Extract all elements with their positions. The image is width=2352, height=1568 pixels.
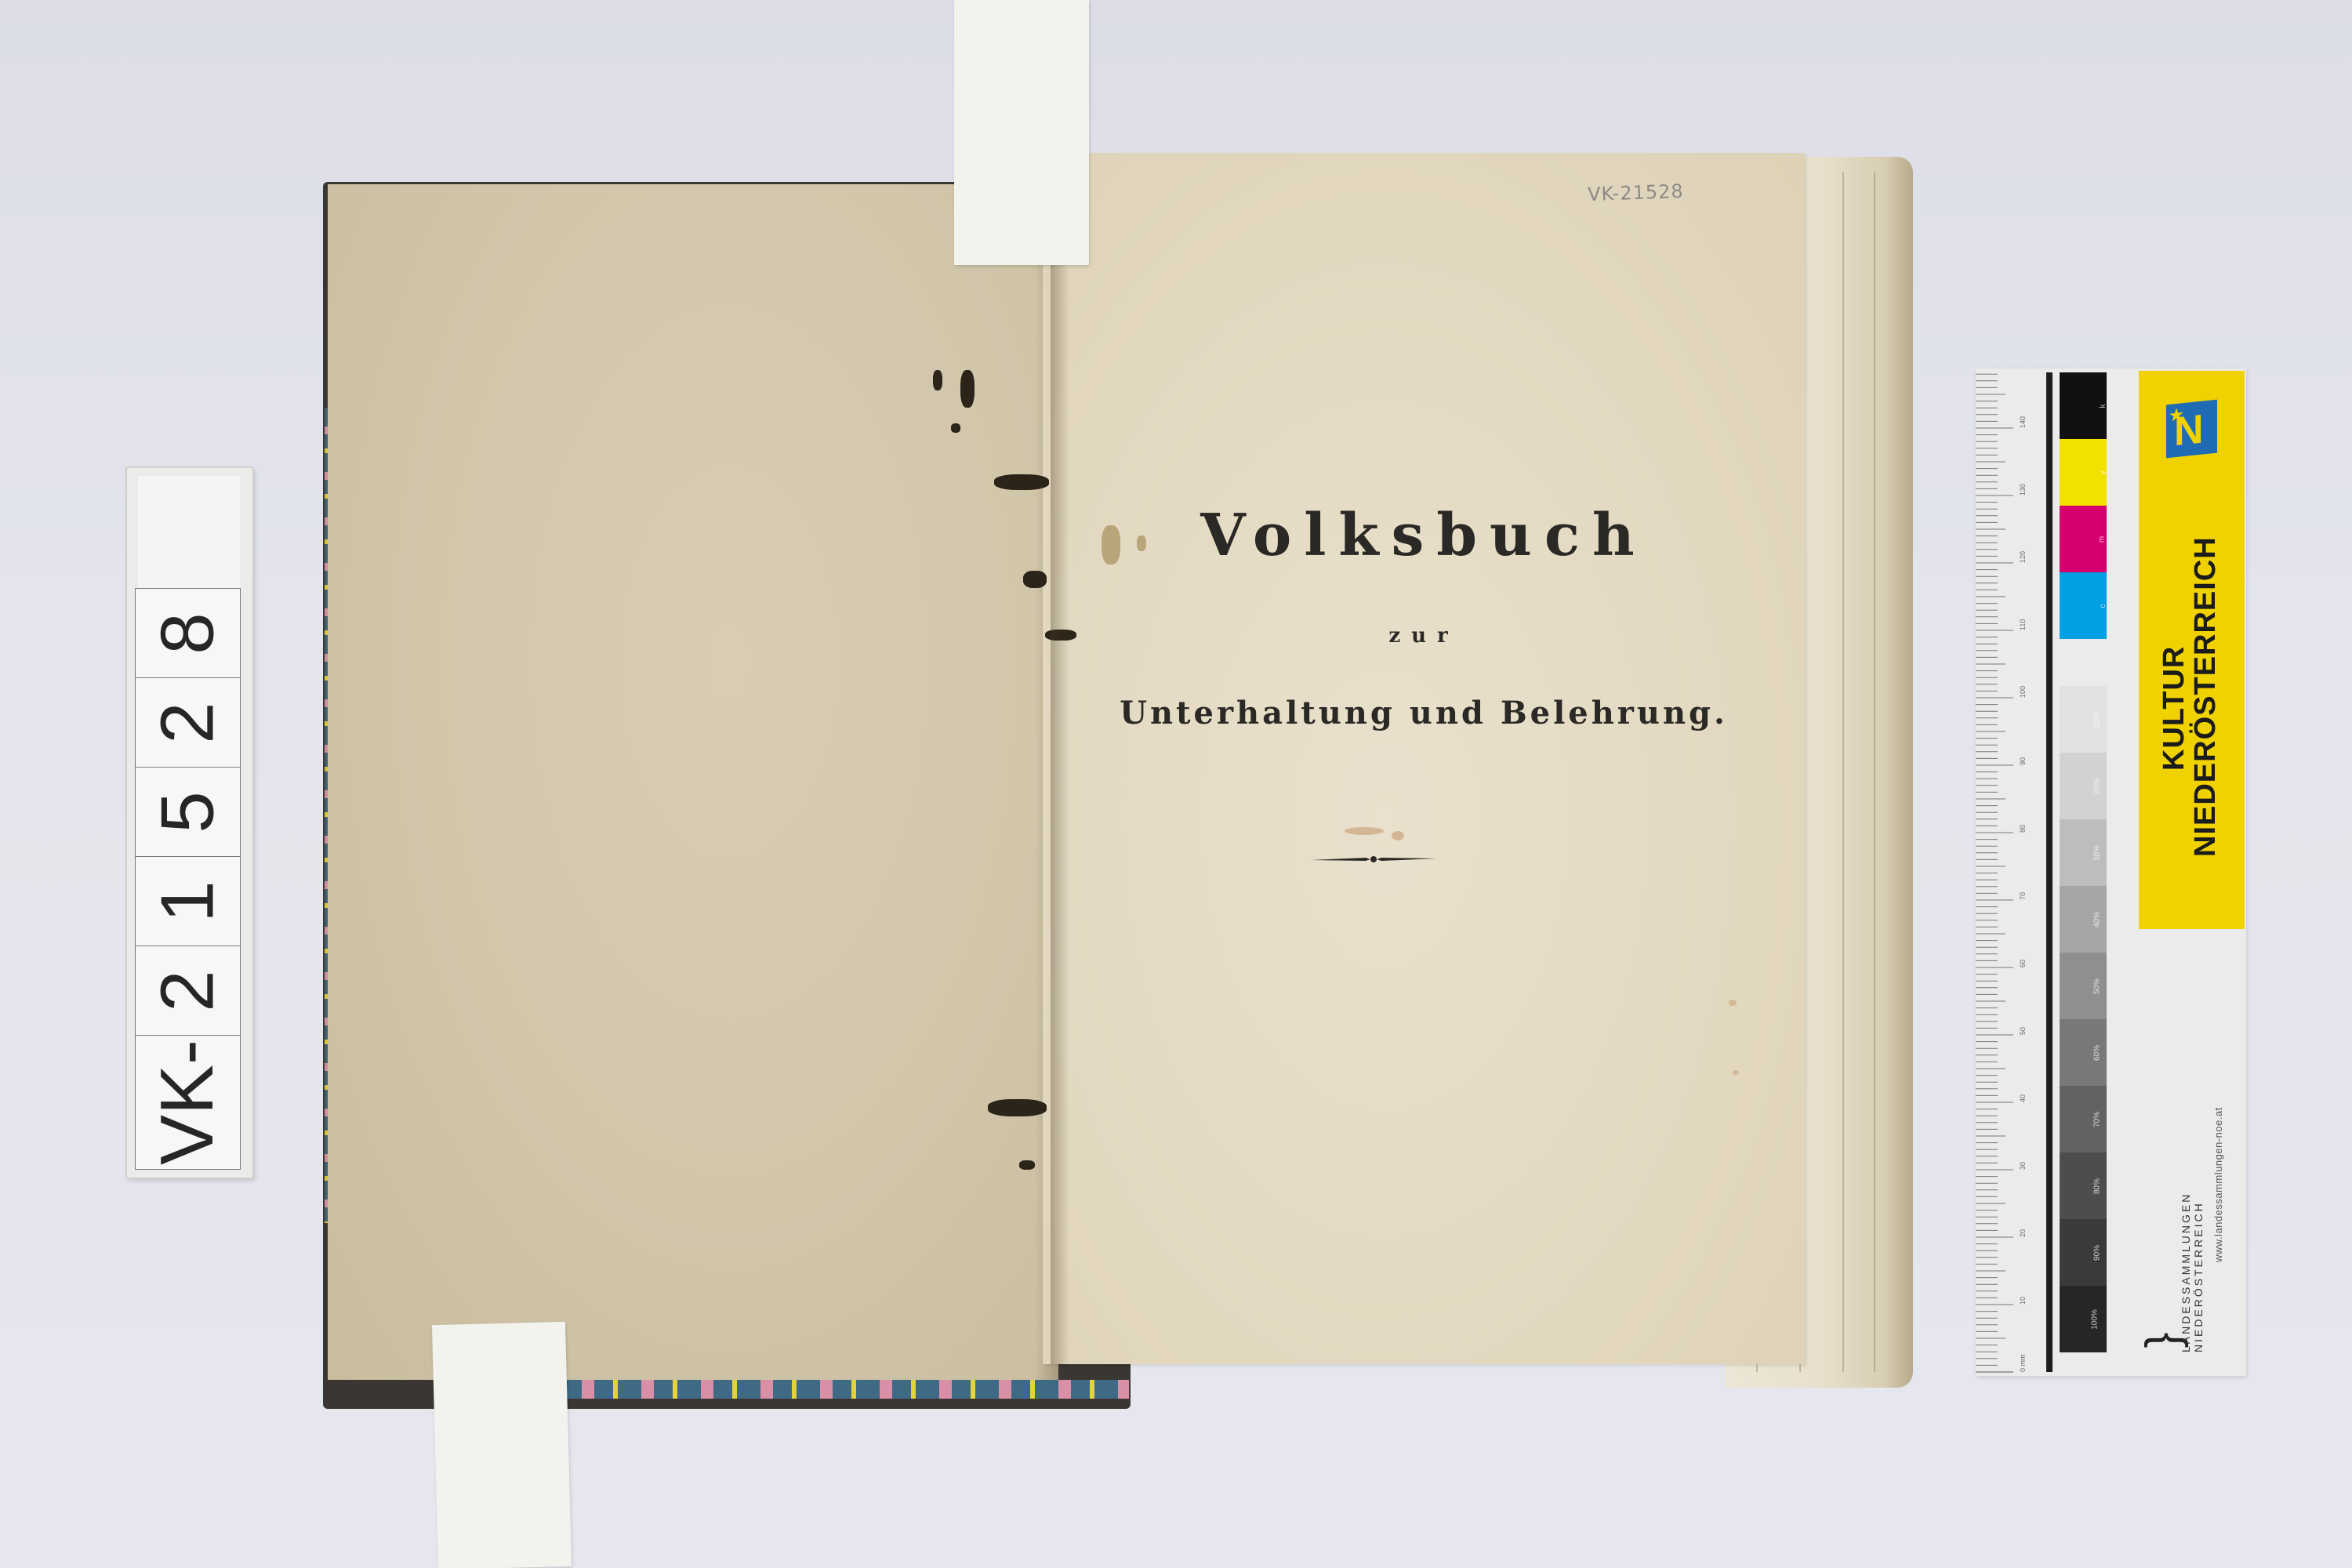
black-reference-bar <box>2046 372 2053 1372</box>
wormhole <box>960 370 975 408</box>
book-title: Volksbuch <box>1043 502 1805 569</box>
wormhole <box>933 370 942 390</box>
patch-yellow: y <box>2060 439 2107 506</box>
patch-gray-30: 30% <box>2060 819 2107 886</box>
patch-gray-40: 40% <box>2060 886 2107 953</box>
gutter-shadow <box>1051 153 1069 1364</box>
label-cell-digit: 1 <box>135 856 241 946</box>
color-scale-reference-card: 0 mm 10 20 30 40 50 60 70 80 90 100 110 … <box>1976 368 2246 1376</box>
wormhole <box>988 1099 1047 1116</box>
noe-logo-icon: ★ N <box>2166 400 2217 459</box>
wormhole <box>994 474 1049 490</box>
brand-text: KULTUR NIEDERÖSTERREICH <box>2158 536 2221 857</box>
left-endpaper <box>328 184 1058 1380</box>
patch-gray-80: 80% <box>2060 1152 2107 1219</box>
label-cell-digit: 2 <box>135 946 241 1036</box>
wormhole <box>951 423 960 433</box>
brand-box: ★ N KULTUR NIEDERÖSTERREICH <box>2139 371 2245 929</box>
ruler-labels: 0 mm 10 20 30 40 50 60 70 80 90 100 110 … <box>2019 368 2042 1376</box>
patch-gray-10: 10% <box>2060 686 2107 753</box>
patch-magenta: m <box>2060 506 2107 572</box>
patch-cyan: c <box>2060 572 2107 639</box>
patch-gray-90: 90% <box>2060 1219 2107 1286</box>
patch-black: k <box>2060 372 2107 439</box>
patch-gray-50: 50% <box>2060 953 2107 1019</box>
patch-gap <box>2060 639 2107 686</box>
bottom-bookmark-strip <box>432 1322 572 1568</box>
title-connector: zur <box>1043 624 1805 648</box>
label-cell-digit: 5 <box>135 767 241 857</box>
label-cell-digit: 2 <box>135 677 241 768</box>
rule-ornament-icon <box>1311 855 1436 864</box>
patch-gray-100: 100% <box>2060 1286 2107 1352</box>
book-subtitle: Unterhaltung und Belehrung. <box>1043 695 1805 731</box>
website-url: www.landessammlungen-noe.at <box>2212 1107 2224 1262</box>
patch-gray-20: 20% <box>2060 753 2107 819</box>
inventory-label-holder: VK- 2 1 5 2 8 <box>125 466 254 1179</box>
patch-gray-60: 60% <box>2060 1019 2107 1086</box>
title-block: Volksbuch zur Unterhaltung und Belehrung… <box>1043 502 1805 731</box>
wormhole <box>1019 1160 1035 1170</box>
label-cell-digit: 8 <box>135 588 241 678</box>
top-bookmark-strip <box>954 0 1089 265</box>
label-blank-area <box>138 476 240 593</box>
label-cell-prefix: VK- <box>135 1035 241 1170</box>
pencil-inventory-note: VK-21528 <box>1588 180 1685 205</box>
inventory-number-strip: VK- 2 1 5 2 8 <box>135 593 241 1170</box>
organization-name: LANDESSAMMLUNGEN NIEDERÖSTERREICH <box>2180 1192 2205 1352</box>
title-page <box>1043 153 1805 1364</box>
color-patches: k y m c 10% 20% 30% 40% 50% 60% 70% 80% … <box>2060 372 2107 1372</box>
patch-gray-70: 70% <box>2060 1086 2107 1152</box>
